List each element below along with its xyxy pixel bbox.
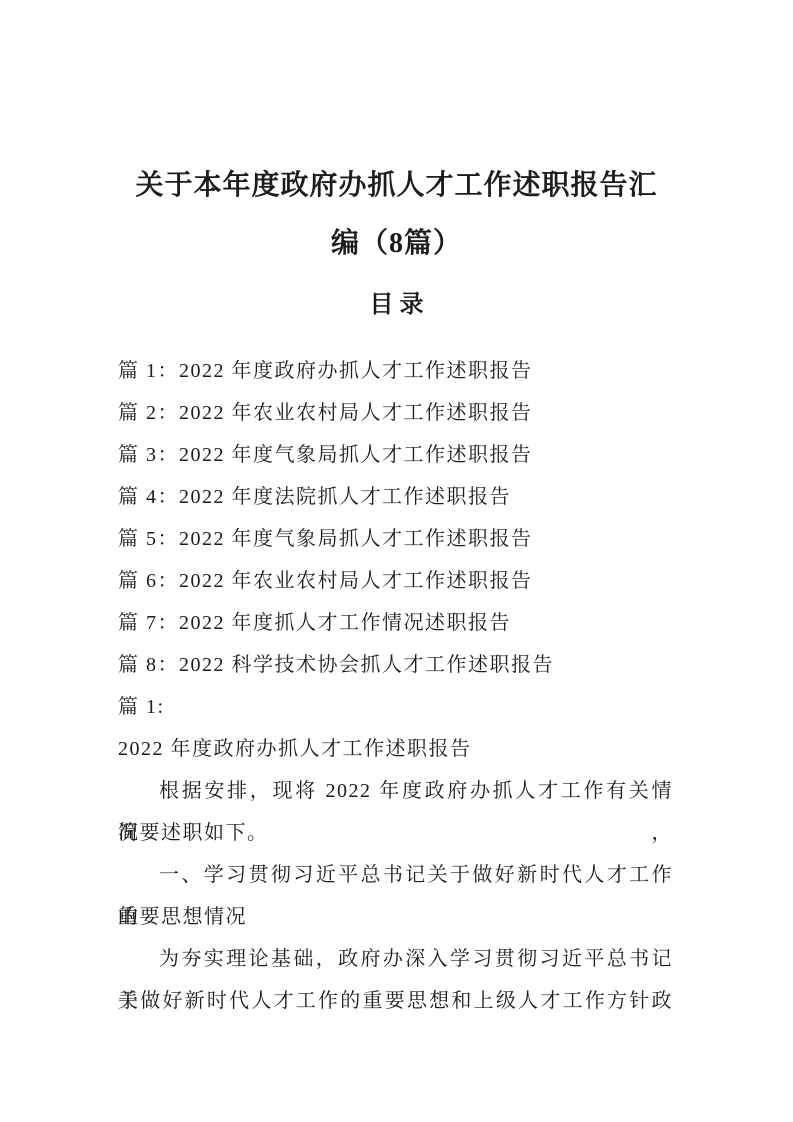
body-heading-line: 一、学习贯彻习近平总书记关于做好新时代人才工作的	[118, 854, 673, 896]
toc-item-1: 篇 1：2022 年度政府办抓人才工作述职报告	[118, 350, 673, 392]
body-paragraph-line: 于做好新时代人才工作的重要思想和上级人才工作方针政	[118, 980, 673, 1022]
document-title-line-2: 编（8篇）	[0, 215, 793, 273]
document-page: 关于本年度政府办抓人才工作述职报告汇 编（8篇） 目录 篇 1：2022 年度政…	[0, 0, 793, 1122]
body-heading-line: 重要思想情况	[118, 896, 673, 938]
document-content: 篇 1：2022 年度政府办抓人才工作述职报告 篇 2：2022 年农业农村局人…	[118, 350, 673, 1022]
toc-heading: 目录	[0, 291, 793, 319]
toc-item-6: 篇 6：2022 年农业农村局人才工作述职报告	[118, 560, 673, 602]
body-paragraph-line: 为夯实理论基础，政府办深入学习贯彻习近平总书记关	[118, 938, 673, 980]
toc-item-4: 篇 4：2022 年度法院抓人才工作述职报告	[118, 476, 673, 518]
toc-item-8: 篇 8：2022 科学技术协会抓人才工作述职报告	[118, 644, 673, 686]
toc-item-3: 篇 3：2022 年度气象局抓人才工作述职报告	[118, 434, 673, 476]
toc-item-7: 篇 7：2022 年度抓人才工作情况述职报告	[118, 602, 673, 644]
toc-item-2: 篇 2：2022 年农业农村局人才工作述职报告	[118, 392, 673, 434]
document-title: 关于本年度政府办抓人才工作述职报告汇 编（8篇）	[0, 157, 793, 273]
body-paragraph-line: 根据安排，现将 2022 年度政府办抓人才工作有关情况，	[118, 770, 673, 812]
body-section-label: 篇 1:	[118, 686, 673, 728]
body-section-title: 2022 年度政府办抓人才工作述职报告	[118, 728, 673, 770]
document-title-line-1: 关于本年度政府办抓人才工作述职报告汇	[0, 157, 793, 215]
toc-item-5: 篇 5：2022 年度气象局抓人才工作述职报告	[118, 518, 673, 560]
